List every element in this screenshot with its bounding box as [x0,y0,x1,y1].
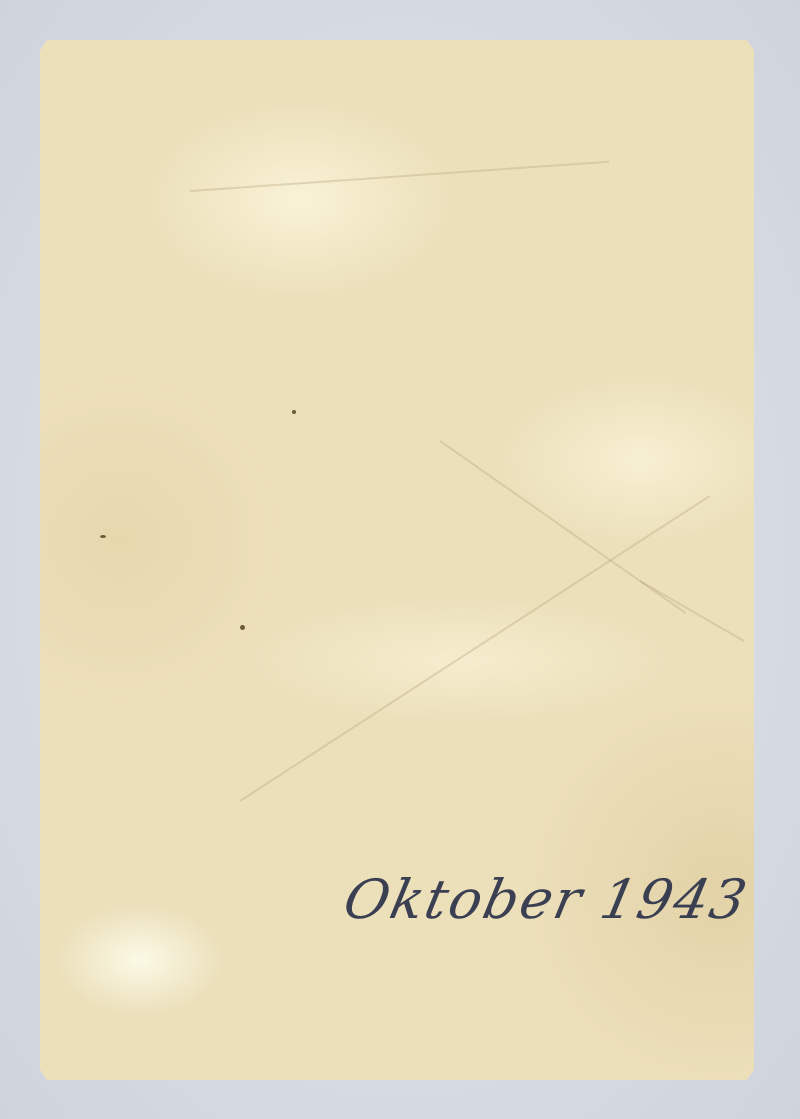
crease [190,161,609,192]
handwritten-date: Oktober 1943 [338,868,754,931]
stain-spot [292,410,296,414]
crease [239,495,710,802]
stain-spot [100,535,106,538]
crease [640,580,745,642]
stain-spot [240,625,245,630]
